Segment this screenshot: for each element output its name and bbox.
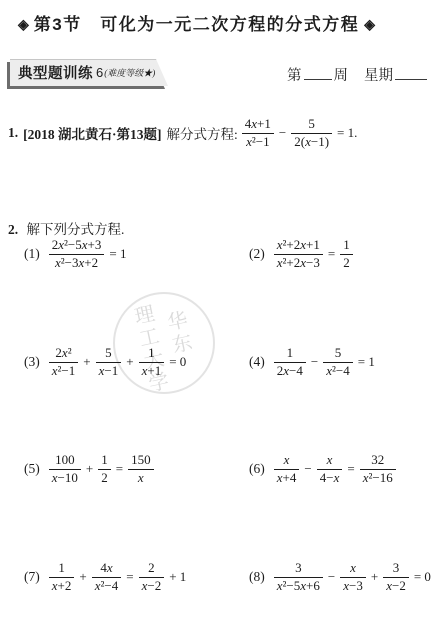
fraction: 4xx²−4 xyxy=(92,561,122,594)
fraction-denominator: 2 xyxy=(340,255,353,271)
fraction-numerator: 2x²−5x+3 xyxy=(49,238,105,255)
fraction-numerator: 32 xyxy=(360,453,396,470)
fraction-numerator: x xyxy=(317,453,343,470)
fraction: 5x²−4 xyxy=(323,346,353,379)
math-text: + xyxy=(86,462,93,477)
item-label: (6) xyxy=(249,461,265,477)
item-equation: 2x²−5x+3x²−3x+2= 1 xyxy=(47,238,130,271)
fraction-denominator: 2 xyxy=(98,470,111,486)
fraction-numerator: 100 xyxy=(49,453,81,470)
fraction-denominator: x²−4 xyxy=(92,578,122,594)
fraction: 1x+1 xyxy=(139,346,165,379)
math-text: = xyxy=(347,462,354,477)
badge-number: 6 xyxy=(96,65,103,80)
item-equation: 100x−10+12=150x xyxy=(47,453,156,486)
fraction: xx+4 xyxy=(274,453,300,486)
fraction-denominator: x²+2x−3 xyxy=(274,255,323,271)
item-equation: xx+4−x4−x=32x²−16 xyxy=(272,453,398,486)
item-label: (2) xyxy=(249,246,265,262)
fraction-numerator: 5 xyxy=(96,346,122,363)
fraction-denominator: x−1 xyxy=(96,363,122,379)
fraction-denominator: x²−1 xyxy=(49,363,79,379)
fraction: x²+2x+1x²+2x−3 xyxy=(274,238,323,271)
fraction: 3x−2 xyxy=(383,561,409,594)
fraction-denominator: x−2 xyxy=(383,578,409,594)
item-label: (8) xyxy=(249,569,265,585)
fraction-numerator: 1 xyxy=(340,238,353,255)
problem-2-item-8: (8) 3x²−5x+6−xx−3+3x−2= 0 xyxy=(249,555,434,599)
fraction: 2x−2 xyxy=(139,561,165,594)
problem-1-instruction: 解分式方程: xyxy=(167,123,238,143)
math-text: = xyxy=(126,570,133,585)
week-number-blank xyxy=(304,65,332,80)
problem-1: 1. [2018 湖北黄石·第13题] 解分式方程: 4x+1x²−1−52(x… xyxy=(8,112,360,154)
math-text: − xyxy=(304,462,311,477)
item-equation: x²+2x+1x²+2x−3=12 xyxy=(272,238,355,271)
fraction-numerator: 3 xyxy=(383,561,409,578)
fraction: 12x−4 xyxy=(274,346,306,379)
fraction: 150x xyxy=(128,453,154,486)
problem-2-item-1: (1) 2x²−5x+3x²−3x+2= 1 xyxy=(24,232,129,276)
workbook-page: 华东 理工大学 ◈第3节 可化为一元二次方程的分式方程◈ 典型题训练 6 (难度… xyxy=(0,0,442,617)
fraction-denominator: x+2 xyxy=(49,578,75,594)
problem-2-item-4: (4) 12x−4−5x²−4= 1 xyxy=(249,340,378,384)
fraction-denominator: x²−4 xyxy=(323,363,353,379)
fraction-numerator: 1 xyxy=(98,453,111,470)
item-equation: 2x²x²−1+5x−1+1x+1= 0 xyxy=(47,346,190,379)
math-text: + 1 xyxy=(169,570,186,585)
item-equation: 12x−4−5x²−4= 1 xyxy=(272,346,378,379)
fraction-denominator: x²−1 xyxy=(242,134,274,150)
fraction-numerator: 5 xyxy=(323,346,353,363)
page-title: ◈第3节 可化为一元二次方程的分式方程◈ xyxy=(13,10,380,35)
training-badge: 典型题训练 6 (难度等级★) xyxy=(10,59,168,86)
fraction-denominator: x xyxy=(128,470,154,486)
fraction-denominator: x−2 xyxy=(139,578,165,594)
fraction-numerator: 150 xyxy=(128,453,154,470)
fraction-numerator: 2 xyxy=(139,561,165,578)
math-text: = 0 xyxy=(414,570,431,585)
fraction-denominator: 4−x xyxy=(317,470,343,486)
fraction-numerator: 4x+1 xyxy=(242,117,274,134)
fraction: 2x²−5x+3x²−3x+2 xyxy=(49,238,105,271)
fraction-numerator: 1 xyxy=(49,561,75,578)
fraction: 4x+1x²−1 xyxy=(242,117,274,150)
fraction: 52(x−1) xyxy=(291,117,332,150)
math-text: − xyxy=(279,126,286,141)
fraction-denominator: x−10 xyxy=(49,470,81,486)
math-text: + xyxy=(126,355,133,370)
item-label: (1) xyxy=(24,246,40,262)
fraction: 5x−1 xyxy=(96,346,122,379)
problem-2-item-2: (2) x²+2x+1x²+2x−3=12 xyxy=(249,232,355,276)
badge-text: 典型题训练 6 (难度等级★) xyxy=(10,59,168,86)
fraction: x4−x xyxy=(317,453,343,486)
badge-difficulty: (难度等级★) xyxy=(104,66,155,79)
problem-1-number: 1. xyxy=(8,125,18,141)
problem-2-item-3: (3) 2x²x²−1+5x−1+1x+1= 0 xyxy=(24,340,189,384)
problem-2-number: 2. xyxy=(8,222,18,237)
fraction-denominator: x+1 xyxy=(139,363,165,379)
fraction-numerator: 1 xyxy=(274,346,306,363)
problem-2-item-7: (7) 1x+2+4xx²−4=2x−2+ 1 xyxy=(24,555,189,599)
fraction: 100x−10 xyxy=(49,453,81,486)
item-label: (7) xyxy=(24,569,40,585)
fraction: 2x²x²−1 xyxy=(49,346,79,379)
fraction-numerator: 2x² xyxy=(49,346,79,363)
diamond-ornament-right: ◈ xyxy=(364,16,375,32)
item-label: (5) xyxy=(24,461,40,477)
fraction-denominator: x²−16 xyxy=(360,470,396,486)
fraction-numerator: 4x xyxy=(92,561,122,578)
fraction: 1x+2 xyxy=(49,561,75,594)
fraction: 32x²−16 xyxy=(360,453,396,486)
fraction-denominator: x+4 xyxy=(274,470,300,486)
math-text: − xyxy=(328,570,335,585)
math-text: = 0 xyxy=(169,355,186,370)
fraction-numerator: x²+2x+1 xyxy=(274,238,323,255)
problem-2-item-6: (6) xx+4−x4−x=32x²−16 xyxy=(249,447,398,491)
math-text: = 1 xyxy=(109,247,126,262)
problem-1-equation: 4x+1x²−1−52(x−1)= 1. xyxy=(240,117,361,150)
problem-1-source-tag: [2018 湖北黄石·第13题] xyxy=(23,123,161,143)
diamond-ornament-left: ◈ xyxy=(18,16,29,32)
math-text: + xyxy=(79,570,86,585)
fraction-denominator: x−3 xyxy=(340,578,366,594)
math-text: = 1. xyxy=(337,126,357,141)
fraction: 12 xyxy=(340,238,353,271)
fraction-denominator: 2x−4 xyxy=(274,363,306,379)
math-text: = 1 xyxy=(358,355,375,370)
fraction: 3x²−5x+6 xyxy=(274,561,323,594)
badge-label: 典型题训练 xyxy=(18,62,93,83)
item-label: (4) xyxy=(249,354,265,370)
math-text: + xyxy=(371,570,378,585)
item-equation: 3x²−5x+6−xx−3+3x−2= 0 xyxy=(272,561,434,594)
fraction-denominator: x²−5x+6 xyxy=(274,578,323,594)
fraction: xx−3 xyxy=(340,561,366,594)
item-label: (3) xyxy=(24,354,40,370)
item-equation: 1x+2+4xx²−4=2x−2+ 1 xyxy=(47,561,190,594)
weekday-label: 星期 xyxy=(364,68,393,84)
week-suffix-label: 周 xyxy=(334,68,349,84)
problem-2-item-5: (5) 100x−10+12=150x xyxy=(24,447,156,491)
math-text: = xyxy=(328,247,335,262)
week-prefix-label: 第 xyxy=(287,68,302,84)
weekday-blank xyxy=(395,65,427,80)
fraction-numerator: 3 xyxy=(274,561,323,578)
fraction: 12 xyxy=(98,453,111,486)
page-title-text: 第3节 可化为一元二次方程的分式方程 xyxy=(34,15,359,34)
math-text: + xyxy=(83,355,90,370)
fraction-numerator: x xyxy=(340,561,366,578)
week-line: 第周星期 xyxy=(287,64,429,85)
fraction-numerator: 1 xyxy=(139,346,165,363)
math-text: − xyxy=(311,355,318,370)
fraction-denominator: 2(x−1) xyxy=(291,134,332,150)
math-text: = xyxy=(116,462,123,477)
fraction-denominator: x²−3x+2 xyxy=(49,255,105,271)
fraction-numerator: 5 xyxy=(291,117,332,134)
fraction-numerator: x xyxy=(274,453,300,470)
